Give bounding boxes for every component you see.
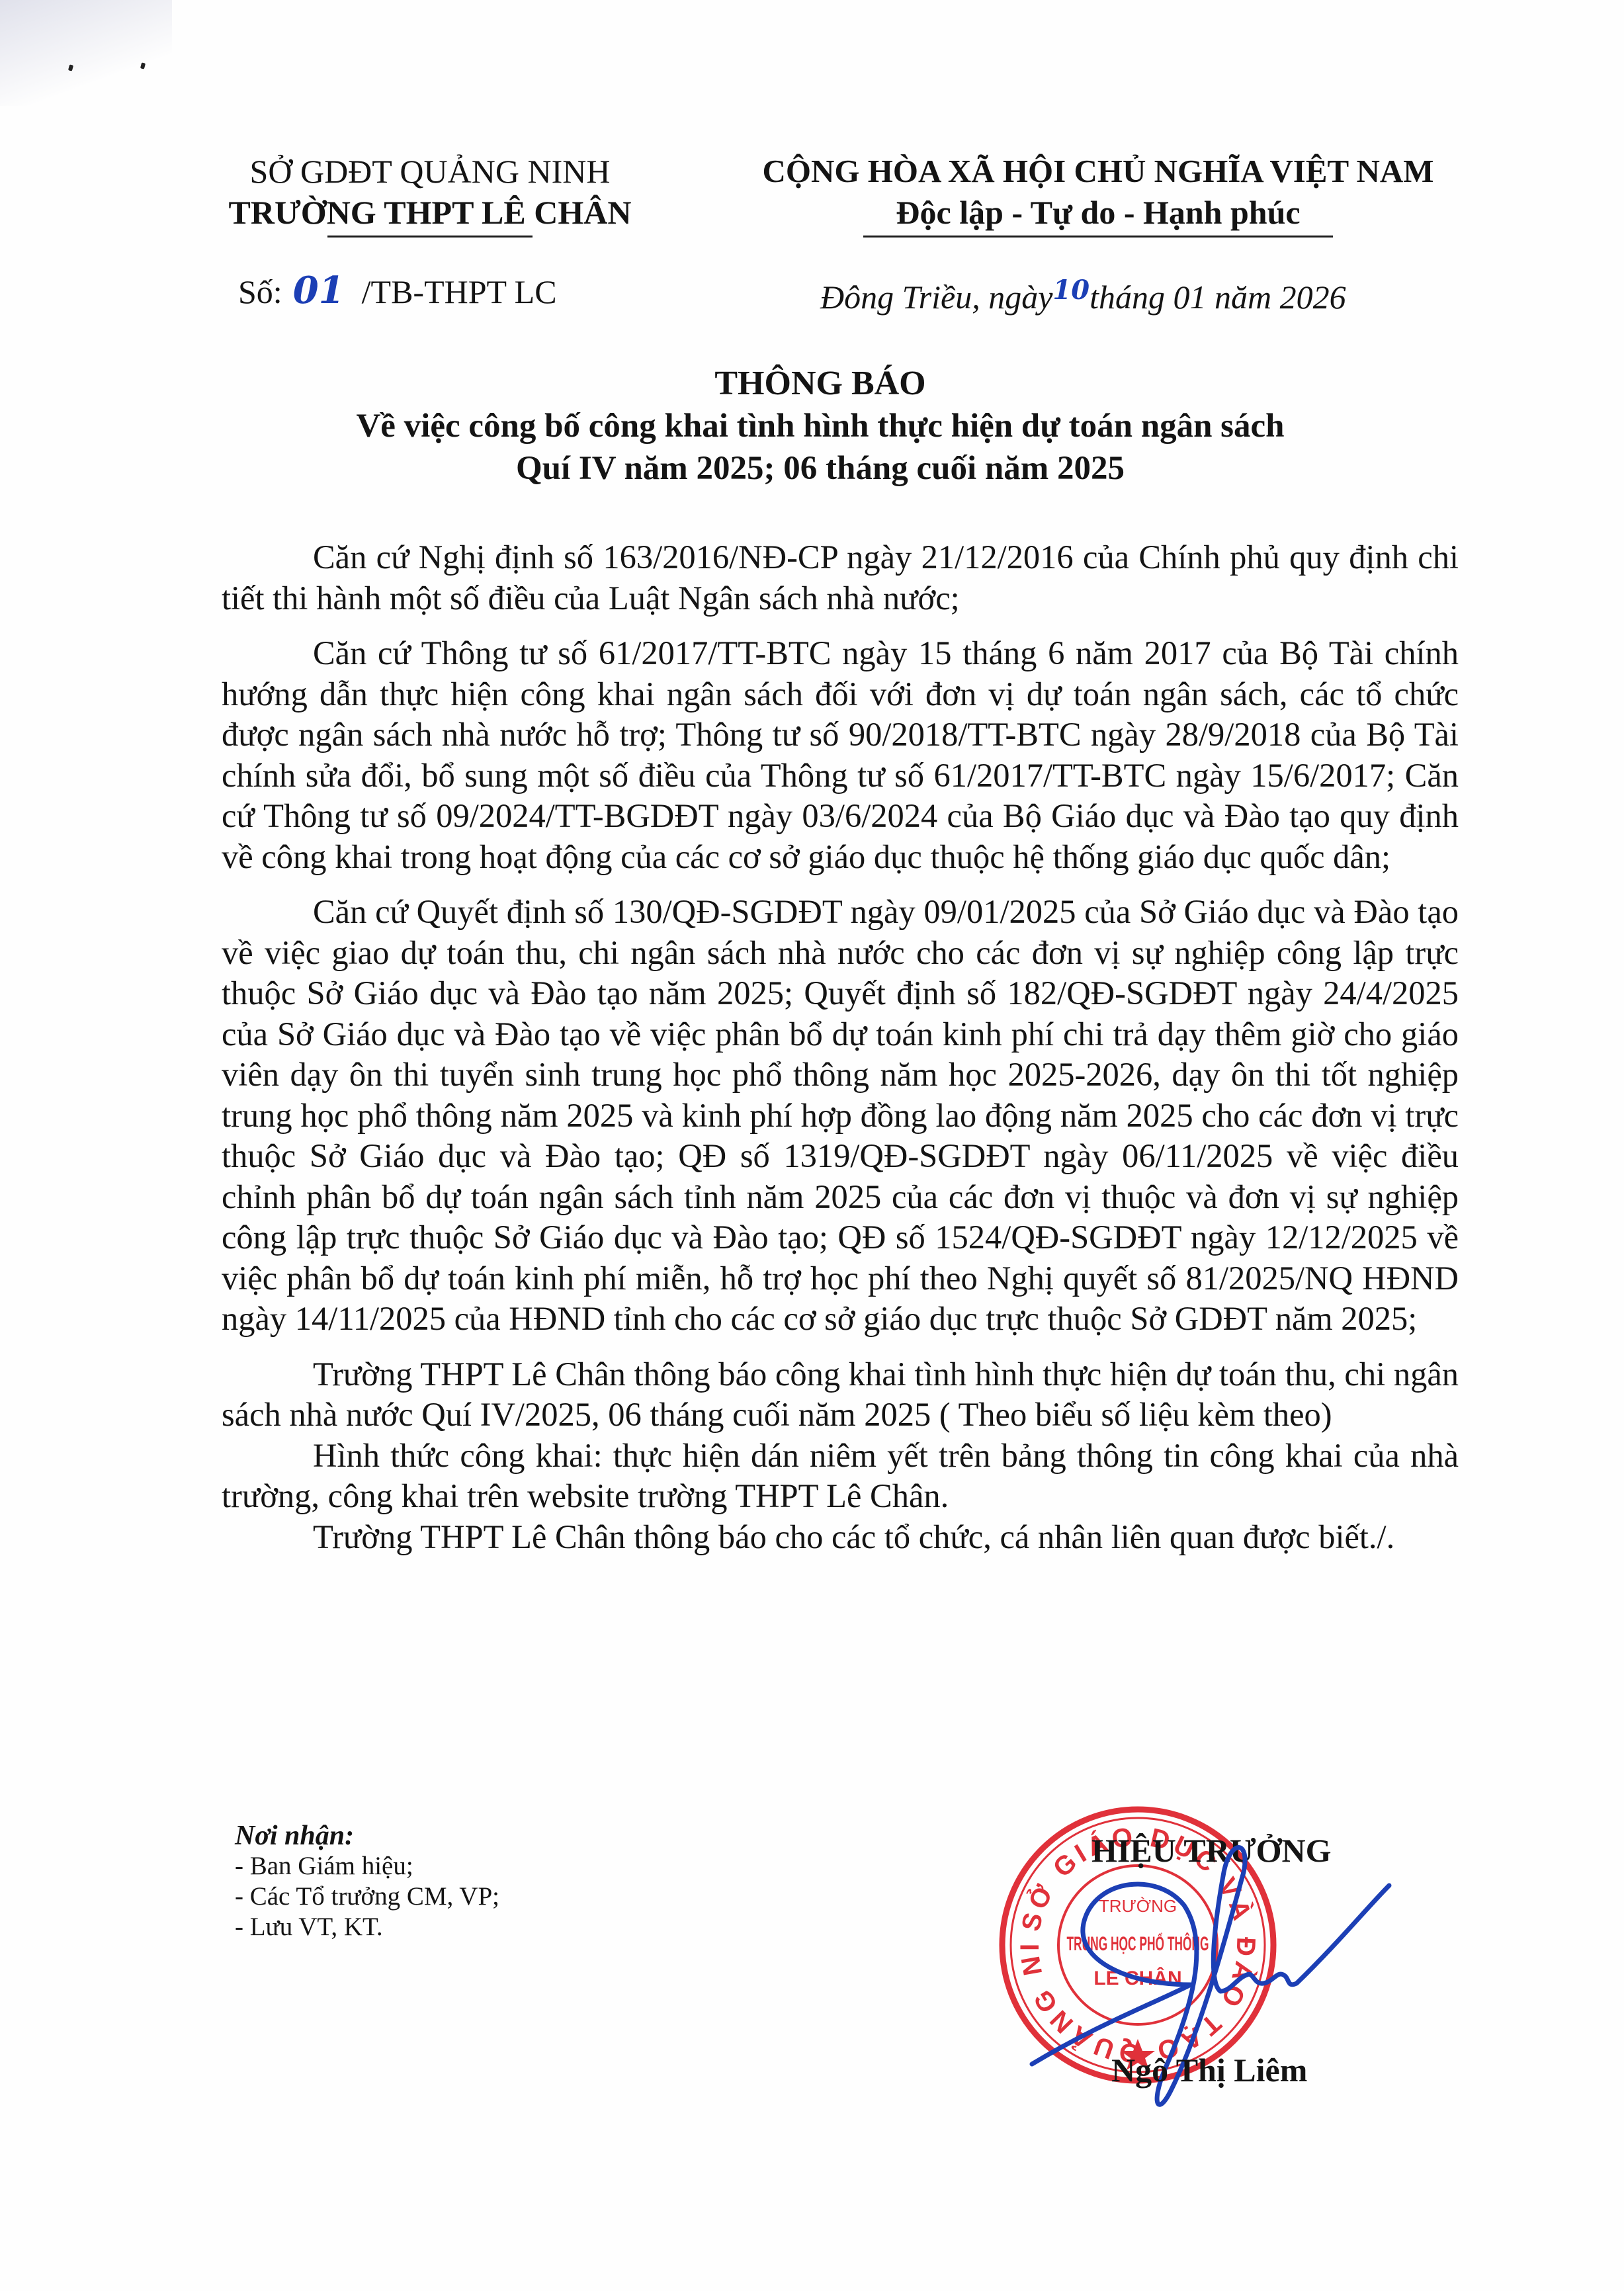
document-page: SỞ GDĐT QUẢNG NINH TRƯỜNG THPT LÊ CHÂN S… bbox=[0, 0, 1624, 2291]
body-paragraph: Trường THPT Lê Chân thông báo cho các tổ… bbox=[222, 1517, 1459, 1558]
body-paragraph: Căn cứ Quyết định số 130/QĐ-SGDĐT ngày 0… bbox=[222, 892, 1459, 1340]
date-suffix: tháng 01 năm 2026 bbox=[1090, 279, 1346, 316]
national-header: CỘNG HÒA XÃ HỘI CHỦ NGHĨA VIỆT NAM Độc l… bbox=[714, 151, 1482, 238]
document-type: THÔNG BÁO bbox=[198, 363, 1442, 405]
scan-shadow bbox=[0, 0, 172, 106]
document-number: Số:01/TB-THPT LC bbox=[238, 270, 557, 312]
body-paragraph: Hình thức công khai: thực hiện dán niêm … bbox=[222, 1436, 1459, 1517]
body-paragraph: Căn cứ Thông tư số 61/2017/TT-BTC ngày 1… bbox=[222, 633, 1459, 877]
signer-name: Ngô Thị Liêm bbox=[1111, 2051, 1307, 2089]
recipients-label: Nơi nhận: bbox=[235, 1821, 499, 1851]
recipient-item: - Lưu VT, KT. bbox=[235, 1912, 499, 1942]
date-day-handwritten: 10 bbox=[1052, 275, 1090, 306]
issuing-agency: SỞ GDĐT QUẢNG NINH TRƯỜNG THPT LÊ CHÂN bbox=[198, 151, 662, 238]
body-paragraph: Trường THPT Lê Chân thông báo công khai … bbox=[222, 1354, 1459, 1436]
place-date: Đông Triều, ngày10tháng 01 năm 2026 bbox=[820, 270, 1346, 318]
school-name: TRƯỜNG THPT LÊ CHÂN bbox=[198, 192, 662, 233]
document-subject-line-2: Quí IV năm 2025; 06 tháng cuối năm 2025 bbox=[198, 447, 1442, 490]
document-subject-line-1: Về việc công bố công khai tình hình thực… bbox=[198, 405, 1442, 447]
doc-number-label: Số: bbox=[238, 273, 282, 310]
recipient-item: - Ban Giám hiệu; bbox=[235, 1851, 499, 1881]
document-title: THÔNG BÁO Về việc công bố công khai tình… bbox=[198, 363, 1442, 490]
recipient-item: - Các Tổ trưởng CM, VP; bbox=[235, 1881, 499, 1912]
national-motto: Độc lập - Tự do - Hạnh phúc bbox=[714, 192, 1482, 233]
nation-name: CỘNG HÒA XÃ HỘI CHỦ NGHĨA VIỆT NAM bbox=[714, 151, 1482, 192]
date-prefix: Đông Triều, ngày bbox=[820, 279, 1052, 316]
recipients-block: Nơi nhận: - Ban Giám hiệu; - Các Tổ trưở… bbox=[235, 1821, 499, 1942]
doc-number-handwritten: 01 bbox=[293, 269, 345, 312]
parent-organization: SỞ GDĐT QUẢNG NINH bbox=[198, 151, 662, 192]
agency-underline bbox=[327, 236, 533, 238]
body-paragraph: Căn cứ Nghị định số 163/2016/NĐ-CP ngày … bbox=[222, 537, 1459, 619]
doc-number-suffix: /TB-THPT LC bbox=[362, 273, 557, 310]
motto-underline bbox=[863, 236, 1333, 238]
document-body: Căn cứ Nghị định số 163/2016/NĐ-CP ngày … bbox=[222, 537, 1459, 1557]
